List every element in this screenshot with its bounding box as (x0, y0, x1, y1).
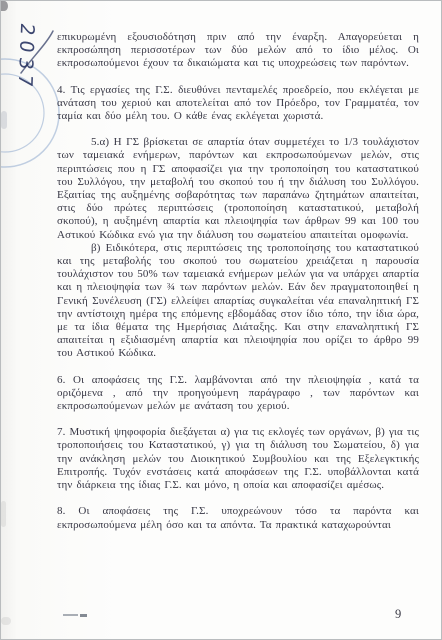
paragraph-5a: 5.α) Η ΓΣ βρίσκεται σε απαρτία όταν συμμ… (57, 136, 419, 242)
paragraph-8: 8. Οι αποφάσεις της Γ.Σ. υποχρεώνουν τόσ… (57, 505, 419, 531)
paragraph-6: 6. Οι αποφάσεις της Γ.Σ. λαμβάνονται από… (57, 374, 419, 414)
paragraph-continuation: επικυρωμένη εξουσιοδότηση πριν από την έ… (57, 31, 419, 71)
scan-smudge (1, 617, 11, 625)
paragraph-5b: β) Ειδικότερα, στις περιπτώσεις της τροπ… (57, 242, 419, 361)
document-body: επικυρωμένη εξουσιοδότηση πριν από την έ… (57, 31, 419, 545)
scan-dash-mark (80, 614, 87, 617)
paragraph-4: 4. Τις εργασίες της Γ.Σ. διευθύνει πεντα… (57, 84, 419, 124)
scan-dash-mark (63, 614, 78, 616)
handwritten-number: 2037 (14, 22, 38, 94)
scan-smudge (1, 501, 6, 527)
page-number: 9 (395, 607, 401, 622)
paragraph-7: 7. Μυστική ψηφοφορία διεξάγεται α) για τ… (57, 426, 419, 492)
scanned-document-page: ΠΕΡΙΣΤΕΡΙ ΟΚΡ ΡΕ 2037 επικυρωμένη εξουσι… (0, 0, 442, 640)
